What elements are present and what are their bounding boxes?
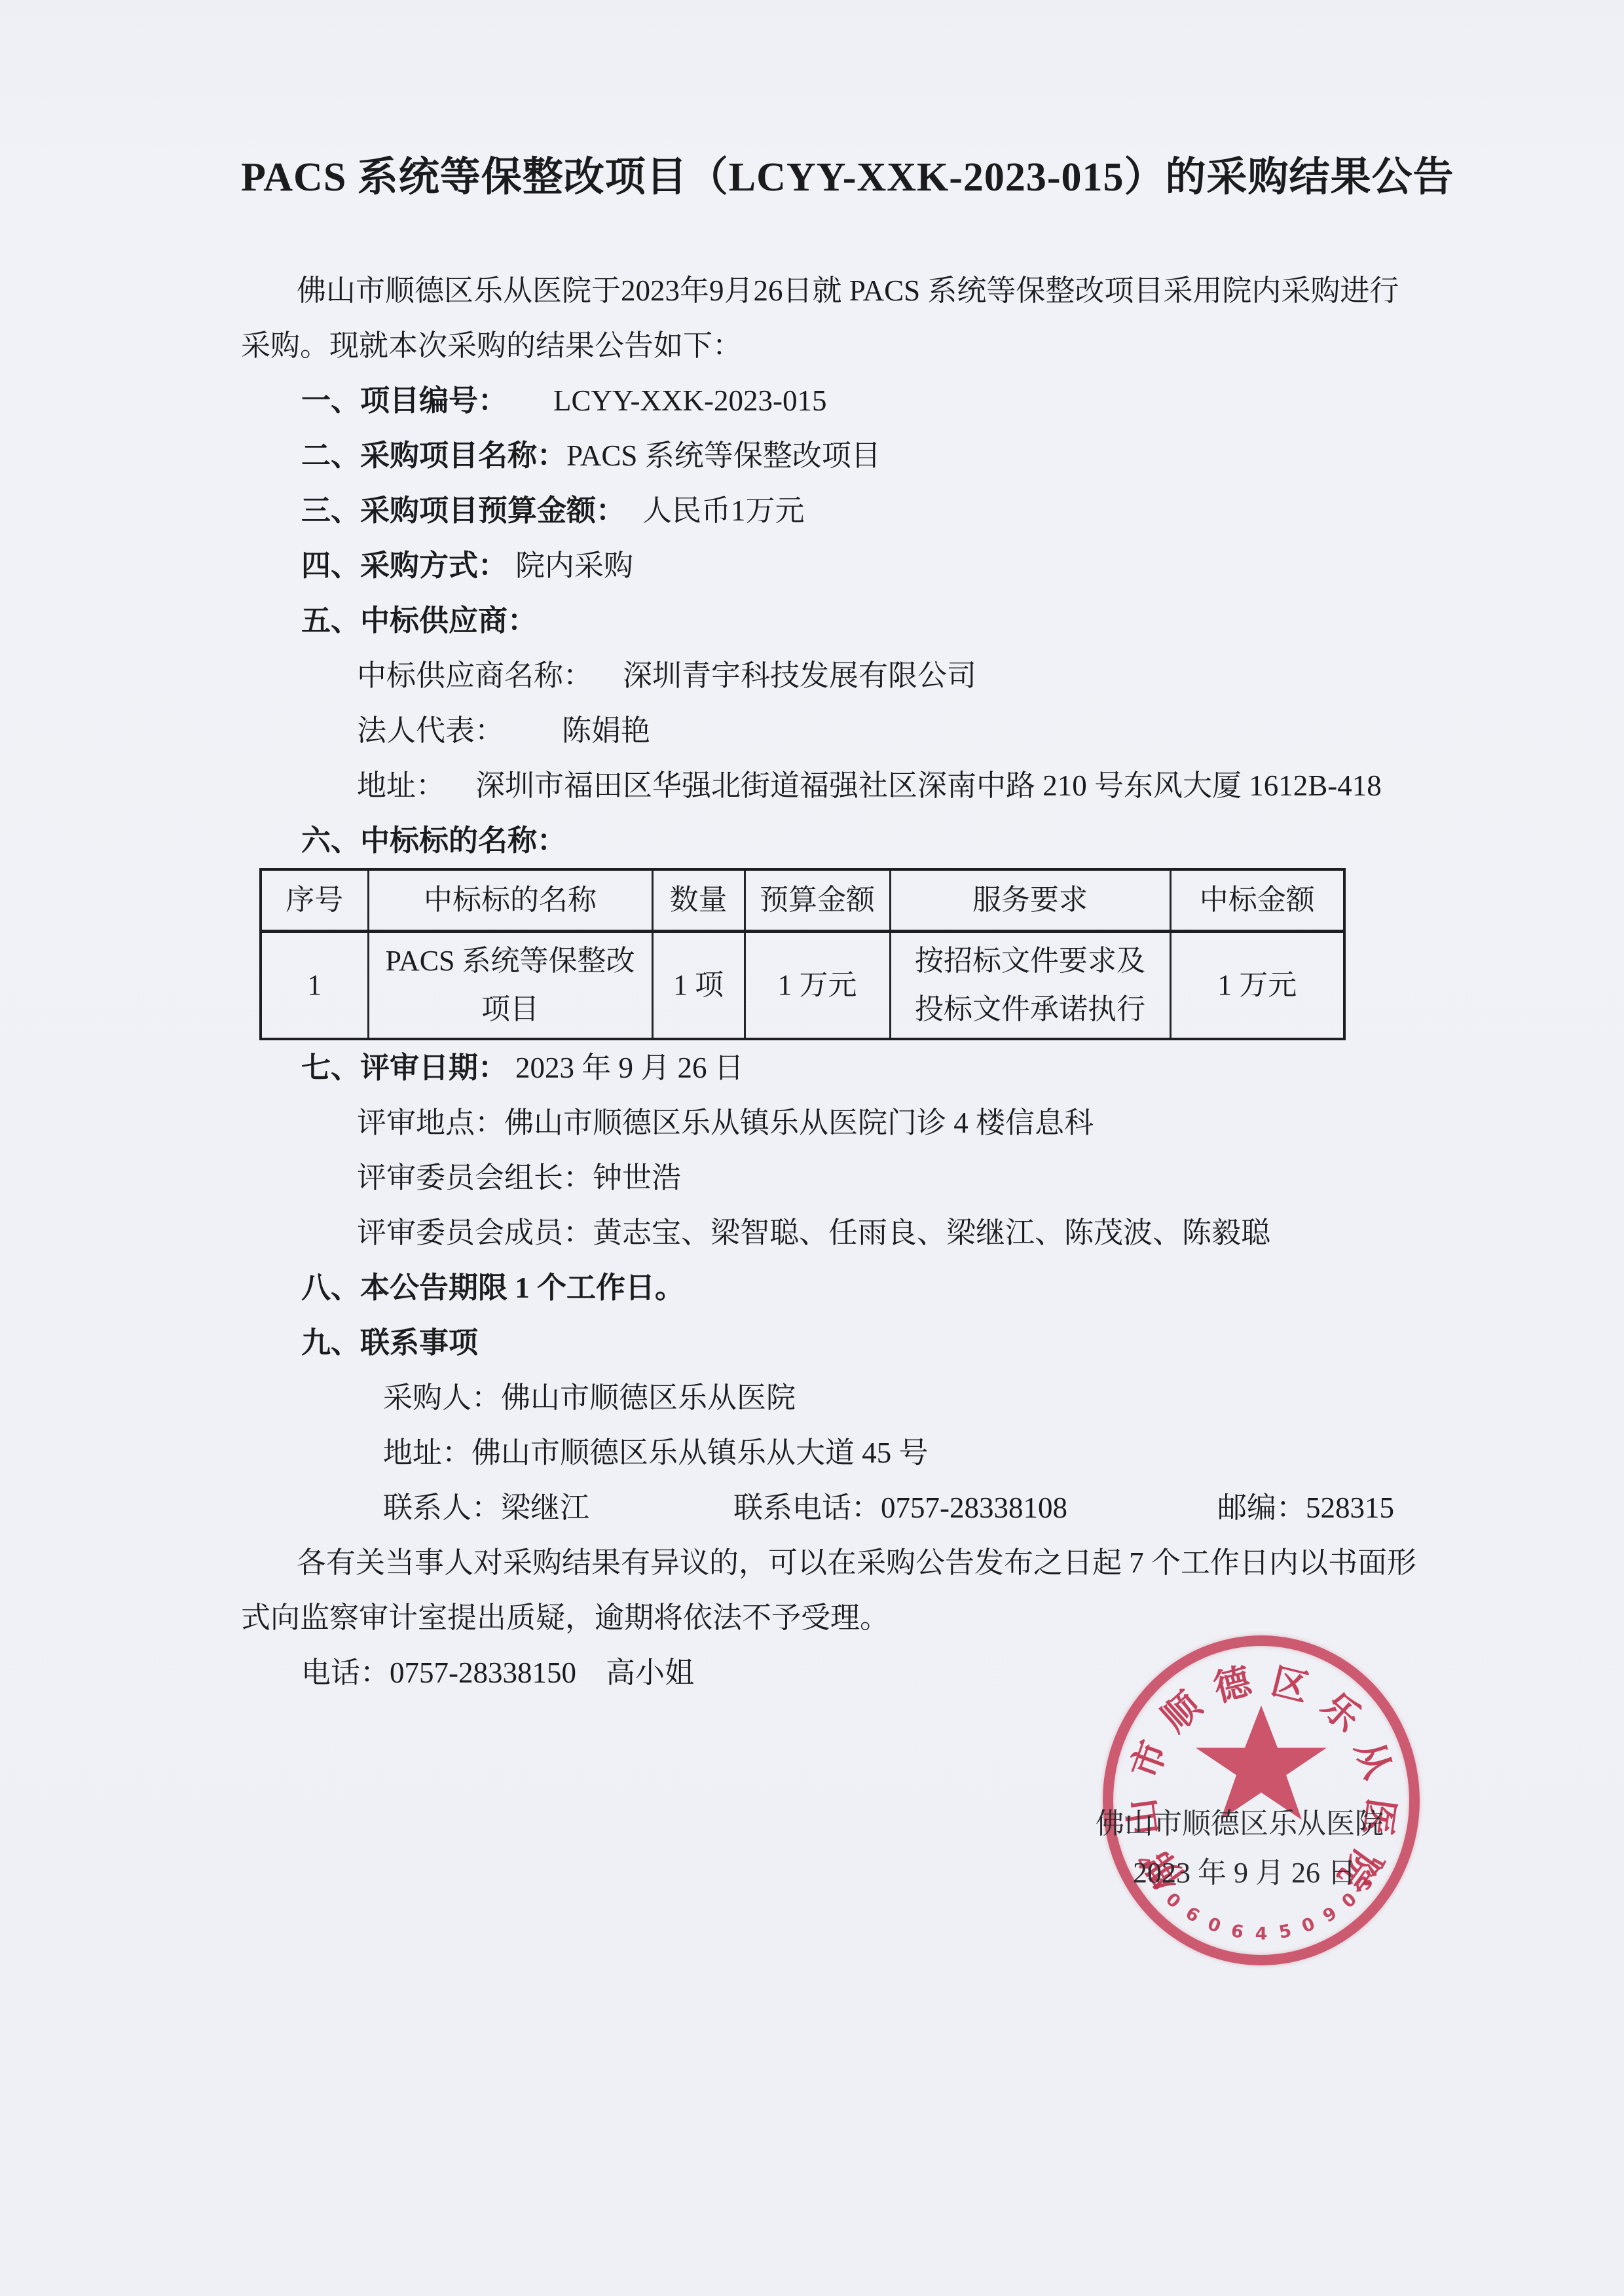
- col-header-qty: 数量: [652, 869, 745, 932]
- item-1-label: 一、项目编号：: [301, 384, 507, 417]
- item-4-label: 四、采购方式：: [301, 549, 507, 582]
- legal-rep-value: 陈娟艳: [562, 714, 650, 747]
- review-leader-line: 评审委员会组长：钟世浩: [241, 1150, 1401, 1205]
- item-5-label: 五、中标供应商：: [301, 604, 537, 637]
- result-table: 序号 中标标的名称 数量 预算金额 服务要求 中标金额 1 PACS 系统等保整…: [259, 868, 1346, 1040]
- col-header-service: 服务要求: [890, 869, 1170, 932]
- intro-line-2: 采购。现就本次采购的结果公告如下：: [241, 318, 1401, 373]
- intro-paragraph: 佛山市顺德区乐从医院于2023年9月26日就 PACS 系统等保整改项目采用院内…: [241, 263, 1401, 373]
- cell-budget: 1 万元: [745, 932, 890, 1040]
- contact-zip: 邮编：528315: [1217, 1480, 1394, 1535]
- cell-service-line2: 投标文件承诺执行: [891, 985, 1170, 1034]
- item-7-label: 七、评审日期：: [301, 1051, 507, 1084]
- seal-code-digit: 4: [1255, 1924, 1268, 1944]
- supplier-name-line: 中标供应商名称：深圳青宇科技发展有限公司: [241, 648, 1401, 703]
- item-6-label: 六、中标标的名称：: [301, 824, 566, 857]
- cell-name-line1: PACS 系统等保整改: [369, 937, 652, 985]
- item-3-value: 人民币1万元: [642, 494, 805, 527]
- cell-seq: 1: [261, 932, 368, 1040]
- cell-qty: 1 项: [652, 932, 745, 1040]
- table-row: 1 PACS 系统等保整改 项目 1 项 1 万元 按招标文件要求及 投标文件承…: [261, 932, 1344, 1040]
- item-2-value: PACS 系统等保整改项目: [566, 439, 881, 472]
- supplier-address-value: 深圳市福田区华强北街道福强社区深南中路 210 号东风大厦 1612B-418: [475, 769, 1382, 802]
- scanned-document-page: PACS 系统等保整改项目（LCYY-XXK-2023-015）的采购结果公告 …: [0, 0, 1624, 2296]
- buyer-address-line: 地址：佛山市顺德区乐从镇乐从大道 45 号: [241, 1425, 1401, 1480]
- review-members-line: 评审委员会成员：黄志宝、梁智聪、任雨良、梁继江、陈茂波、陈毅聪: [241, 1205, 1401, 1260]
- item-7-value: 2023 年 9 月 26 日: [515, 1051, 744, 1084]
- closing-line-1: 各有关当事人对采购结果有异议的，可以在采购公告发布之日起 7 个工作日内以书面形: [241, 1535, 1401, 1590]
- supplier-address-line: 地址：深圳市福田区华强北街道福强社区深南中路 210 号东风大厦 1612B-4…: [241, 758, 1401, 813]
- review-place-line: 评审地点：佛山市顺德区乐从镇乐从医院门诊 4 楼信息科: [241, 1095, 1401, 1150]
- seal-overlay-date: 2023 年 9 月 26 日: [1133, 1849, 1356, 1891]
- buyer-line: 采购人：佛山市顺德区乐从医院: [241, 1370, 1401, 1425]
- page-title: PACS 系统等保整改项目（LCYY-XXK-2023-015）的采购结果公告: [241, 156, 1401, 199]
- col-header-amount: 中标金额: [1170, 869, 1344, 932]
- item-9-contact: 九、联系事项: [241, 1315, 1401, 1370]
- legal-rep-label: 法人代表：: [357, 714, 504, 747]
- intro-line-1: 佛山市顺德区乐从医院于2023年9月26日就 PACS 系统等保整改项目采用院内…: [241, 263, 1401, 318]
- item-3-budget: 三、采购项目预算金额：人民币1万元: [241, 483, 1401, 538]
- item-4-value: 院内采购: [515, 549, 633, 582]
- contact-row: 联系人：梁继江 联系电话：0757-28338108 邮编：528315: [241, 1480, 1401, 1535]
- item-3-label: 三、采购项目预算金额：: [301, 494, 625, 527]
- cell-name-line2: 项目: [369, 985, 652, 1034]
- item-2-label: 二、采购项目名称：: [301, 439, 566, 472]
- item-4-method: 四、采购方式：院内采购: [241, 538, 1401, 593]
- document-content: PACS 系统等保整改项目（LCYY-XXK-2023-015）的采购结果公告 …: [241, 156, 1401, 1700]
- contact-phone: 联系电话：0757-28338108: [733, 1480, 1067, 1535]
- seal-overlay-hospital-name: 佛山市顺德区乐从医院: [1096, 1800, 1384, 1842]
- supplier-name-value: 深圳青宇科技发展有限公司: [623, 659, 976, 692]
- cell-service-line1: 按招标文件要求及: [891, 937, 1170, 985]
- col-header-budget: 预算金额: [745, 869, 890, 932]
- item-7-review-date: 七、评审日期：2023 年 9 月 26 日: [241, 1040, 1401, 1095]
- item-6-bid-name: 六、中标标的名称：: [241, 813, 1401, 868]
- cell-amount: 1 万元: [1170, 932, 1344, 1040]
- cell-service: 按招标文件要求及 投标文件承诺执行: [890, 932, 1170, 1040]
- table-header-row: 序号 中标标的名称 数量 预算金额 服务要求 中标金额: [261, 869, 1344, 932]
- col-header-seq: 序号: [261, 869, 368, 932]
- item-1-project-number: 一、项目编号：LCYY-XXK-2023-015: [241, 373, 1401, 428]
- col-header-name: 中标标的名称: [368, 869, 652, 932]
- item-8-validity: 八、本公告期限 1 个工作日。: [241, 1260, 1401, 1315]
- contact-person: 联系人：梁继江: [383, 1480, 589, 1535]
- item-2-project-name: 二、采购项目名称：PACS 系统等保整改项目: [241, 428, 1401, 483]
- item-1-value: LCYY-XXK-2023-015: [553, 384, 826, 417]
- item-5-winning-supplier: 五、中标供应商：: [241, 593, 1401, 648]
- cell-name: PACS 系统等保整改 项目: [368, 932, 652, 1040]
- supplier-name-label: 中标供应商名称：: [357, 659, 593, 692]
- legal-rep-line: 法人代表：陈娟艳: [241, 703, 1401, 758]
- supplier-address-label: 地址：: [357, 769, 445, 802]
